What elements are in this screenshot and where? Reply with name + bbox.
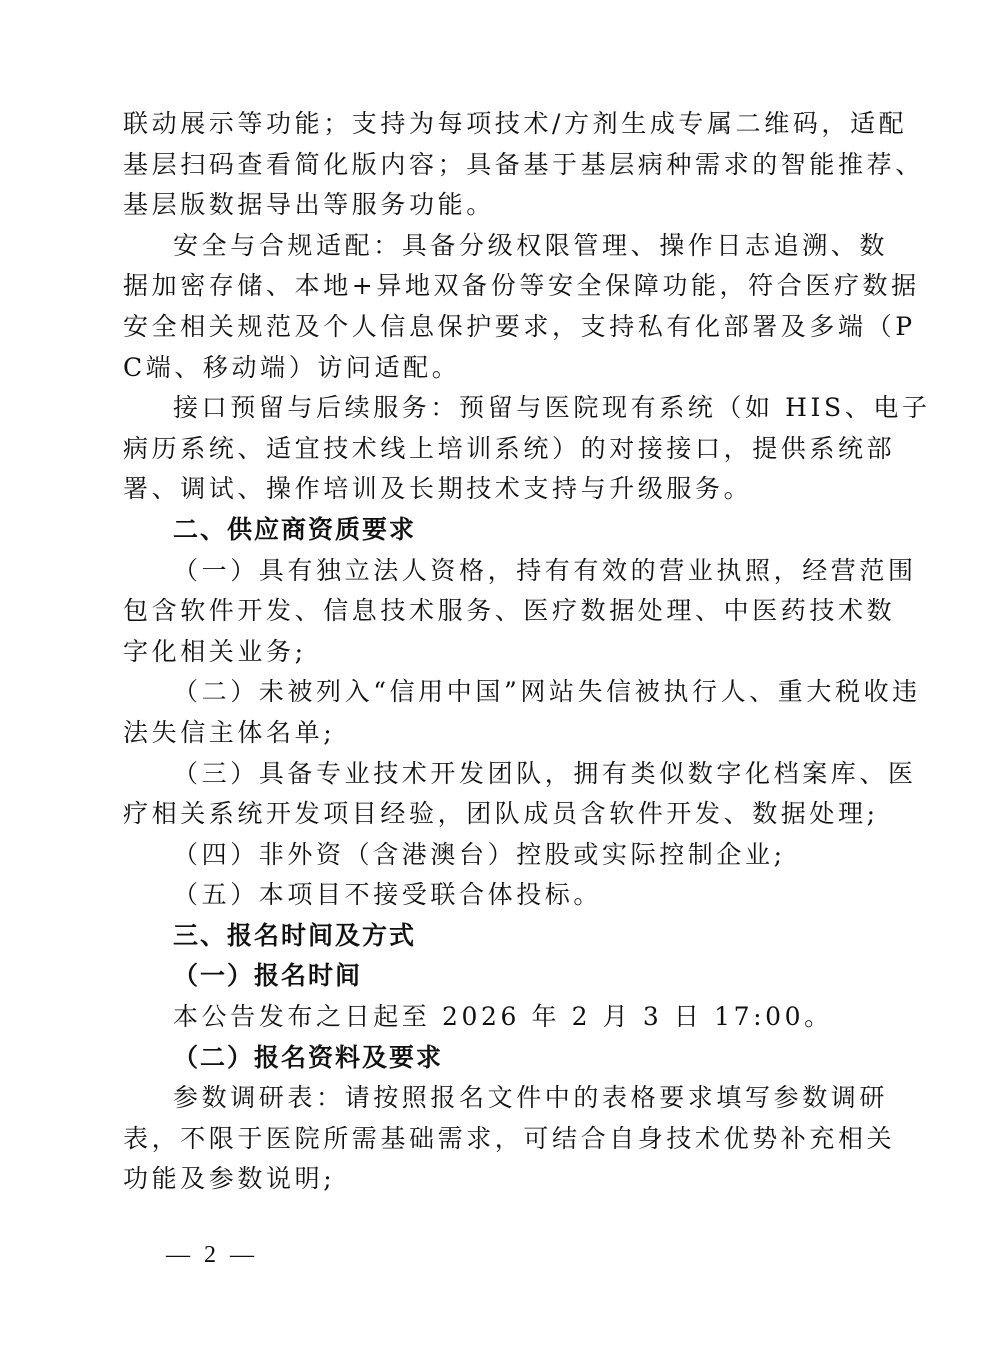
text-line: （三）具备专业技术开发团队，拥有类似数字化档案库、医 xyxy=(123,754,875,795)
text-line: （五）本项目不接受联合体投标。 xyxy=(123,875,875,916)
text-line: 法失信主体名单; xyxy=(123,713,875,754)
subsection-heading: （一）报名时间 xyxy=(123,956,875,997)
text-line: 署、调试、操作培训及长期技术支持与升级服务。 xyxy=(123,469,875,510)
section-heading: 二、供应商资质要求 xyxy=(123,510,875,551)
subsection-heading: （二）报名资料及要求 xyxy=(123,1038,875,1079)
text-line: 表，不限于医院所需基础需求，可结合自身技术优势补充相关 xyxy=(123,1119,875,1160)
text-line: 字化相关业务; xyxy=(123,632,875,673)
text-line: 基层版数据导出等服务功能。 xyxy=(123,185,875,226)
text-line: 病历系统、适宜技术线上培训系统）的对接接口，提供系统部 xyxy=(123,429,875,470)
text-line: 安全与合规适配：具备分级权限管理、操作日志追溯、数 xyxy=(123,226,875,267)
text-line: 包含软件开发、信息技术服务、医疗数据处理、中医药技术数 xyxy=(123,591,875,632)
section-heading: 三、报名时间及方式 xyxy=(123,916,875,957)
text-line: 本公告发布之日起至 2026 年 2 月 3 日 17:00。 xyxy=(123,997,875,1038)
text-line: 参数调研表：请按照报名文件中的表格要求填写参数调研 xyxy=(123,1078,875,1119)
text-line: （一）具有独立法人资格，持有有效的营业执照，经营范围 xyxy=(123,551,875,592)
text-line: C端、移动端）访问适配。 xyxy=(123,348,875,389)
text-line: 疗相关系统开发项目经验，团队成员含软件开发、数据处理; xyxy=(123,794,875,835)
text-line: （四）非外资（含港澳台）控股或实际控制企业; xyxy=(123,835,875,876)
text-line: （二）未被列入“信用中国”网站失信被执行人、重大税收违 xyxy=(123,672,875,713)
text-line: 联动展示等功能；支持为每项技术/方剂生成专属二维码，适配 xyxy=(123,104,875,145)
document-page: 联动展示等功能；支持为每项技术/方剂生成专属二维码，适配 基层扫码查看简化版内容… xyxy=(123,104,875,1200)
text-line: 基层扫码查看简化版内容；具备基于基层病种需求的智能推荐、 xyxy=(123,145,875,186)
text-line: 功能及参数说明; xyxy=(123,1159,875,1200)
text-line: 据加密存储、本地+异地双备份等安全保障功能，符合医疗数据 xyxy=(123,266,875,307)
page-number: — 2 — xyxy=(166,1242,258,1269)
text-line: 安全相关规范及个人信息保护要求，支持私有化部署及多端（P xyxy=(123,307,875,348)
text-line: 接口预留与后续服务：预留与医院现有系统（如 HIS、电子 xyxy=(123,388,875,429)
